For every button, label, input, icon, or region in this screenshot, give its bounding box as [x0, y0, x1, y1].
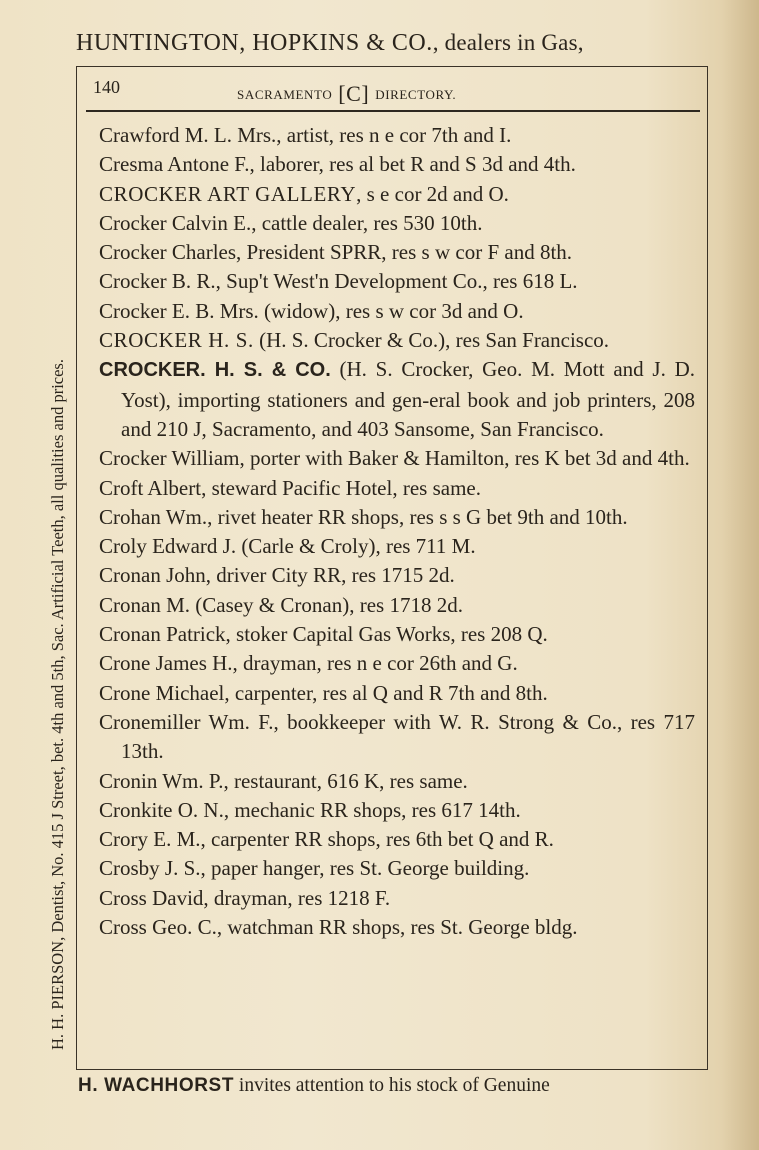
directory-entry: Crawford M. L. Mrs., artist, res n e cor… [99, 121, 695, 150]
directory-entry: Crone James H., drayman, res n e cor 26t… [99, 649, 695, 678]
directory-entry: Cronan John, driver City RR, res 1715 2d… [99, 561, 695, 590]
header-rule [86, 110, 700, 112]
top-advert-text: , dealers in Gas, [433, 30, 584, 55]
entry-text: , s e cor 2d and O. [356, 182, 509, 206]
title-right: DIRECTORY. [375, 87, 456, 102]
directory-entry: Cronan M. (Casey & Cronan), res 1718 2d. [99, 591, 695, 620]
entry-text: Croly Edward J. (Carle & Croly), res 711… [99, 534, 476, 558]
directory-entry: Crocker Calvin E., cattle dealer, res 53… [99, 209, 695, 238]
entry-lead: CROCKER. H. S. & CO. [99, 359, 331, 381]
entry-text: Cronemiller Wm. F., bookkeeper with W. R… [99, 710, 695, 763]
directory-entry: Croly Edward J. (Carle & Croly), res 711… [99, 532, 695, 561]
side-advertisement: H. H. PIERSON, Dentist, No. 415 J Street… [48, 90, 68, 1050]
directory-entries: Crawford M. L. Mrs., artist, res n e cor… [99, 121, 695, 942]
directory-entry: CROCKER. H. S. & CO. (H. S. Crocker, Geo… [99, 355, 695, 444]
directory-entry: Cronemiller Wm. F., bookkeeper with W. R… [99, 708, 695, 767]
entry-text: Crocker Charles, President SPRR, res s w… [99, 240, 572, 264]
entry-text: (H. S. Crocker & Co.), res San Francisco… [254, 328, 609, 352]
entry-text: Crocker B. R., Sup't West'n Development … [99, 269, 578, 293]
directory-entry: Crocker B. R., Sup't West'n Development … [99, 267, 695, 296]
directory-entry: Cronan Patrick, stoker Capital Gas Works… [99, 620, 695, 649]
directory-entry: Croft Albert, steward Pacific Hotel, res… [99, 474, 695, 503]
entry-text: Cross David, drayman, res 1218 F. [99, 886, 390, 910]
directory-entry: Crosby J. S., paper hanger, res St. Geor… [99, 854, 695, 883]
title-left: SACRAMENTO [237, 87, 332, 102]
bottom-advertisement: H. WACHHORST invites attention to his st… [78, 1075, 758, 1097]
entry-text: Crocker Calvin E., cattle dealer, res 53… [99, 211, 482, 235]
directory-entry: Cross David, drayman, res 1218 F. [99, 884, 695, 913]
page-number: 140 [93, 77, 120, 98]
entry-text: Cronan Patrick, stoker Capital Gas Works… [99, 622, 548, 646]
entry-text: Cronan M. (Casey & Cronan), res 1718 2d. [99, 593, 463, 617]
directory-entry: Crocker Charles, President SPRR, res s w… [99, 238, 695, 267]
running-head: 140 SACRAMENTO [C] DIRECTORY. [93, 76, 703, 100]
entry-text: Crone James H., drayman, res n e cor 26t… [99, 651, 518, 675]
directory-entry: Cronkite O. N., mechanic RR shops, res 6… [99, 796, 695, 825]
top-advertisement: HUNTINGTON, HOPKINS & CO., dealers in Ga… [76, 30, 756, 57]
directory-entry: Crocker William, porter with Baker & Ham… [99, 444, 695, 473]
directory-entry: Cross Geo. C., watchman RR shops, res St… [99, 913, 695, 942]
entry-text: Crocker E. B. Mrs. (widow), res s w cor … [99, 299, 524, 323]
directory-entry: Crory E. M., carpenter RR shops, res 6th… [99, 825, 695, 854]
directory-entry: Crocker E. B. Mrs. (widow), res s w cor … [99, 297, 695, 326]
entry-text: Cronkite O. N., mechanic RR shops, res 6… [99, 798, 521, 822]
entry-text: Croft Albert, steward Pacific Hotel, res… [99, 476, 481, 500]
directory-entry: CROCKER ART GALLERY, s e cor 2d and O. [99, 180, 695, 209]
directory-entry: Crohan Wm., rivet heater RR shops, res s… [99, 503, 695, 532]
entry-text: Crawford M. L. Mrs., artist, res n e cor… [99, 123, 511, 147]
entry-text: Cronin Wm. P., restaurant, 616 K, res sa… [99, 769, 468, 793]
directory-entry: Cresma Antone F., laborer, res al bet R … [99, 150, 695, 179]
entry-text: Crocker William, porter with Baker & Ham… [99, 446, 690, 470]
entry-text: Crory E. M., carpenter RR shops, res 6th… [99, 827, 554, 851]
directory-title: SACRAMENTO [C] DIRECTORY. [237, 79, 456, 105]
entry-text: Crone Michael, carpenter, res al Q and R… [99, 681, 548, 705]
bottom-advert-name: H. WACHHORST [78, 1075, 234, 1096]
entry-text: Cresma Antone F., laborer, res al bet R … [99, 152, 576, 176]
entry-lead: CROCKER H. S. [99, 328, 254, 352]
entry-text: Crohan Wm., rivet heater RR shops, res s… [99, 505, 628, 529]
section-letter: [C] [336, 81, 371, 106]
directory-entry: CROCKER H. S. (H. S. Crocker & Co.), res… [99, 326, 695, 355]
entry-text: Crosby J. S., paper hanger, res St. Geor… [99, 856, 529, 880]
bottom-advert-text: invites attention to his stock of Genuin… [234, 1075, 550, 1096]
directory-entry: Cronin Wm. P., restaurant, 616 K, res sa… [99, 767, 695, 796]
entry-text: Cross Geo. C., watchman RR shops, res St… [99, 915, 578, 939]
directory-entry: Crone Michael, carpenter, res al Q and R… [99, 679, 695, 708]
top-advert-name: HUNTINGTON, HOPKINS & CO. [76, 30, 433, 56]
entry-lead: CROCKER ART GALLERY [99, 182, 356, 206]
entry-text: Cronan John, driver City RR, res 1715 2d… [99, 563, 455, 587]
